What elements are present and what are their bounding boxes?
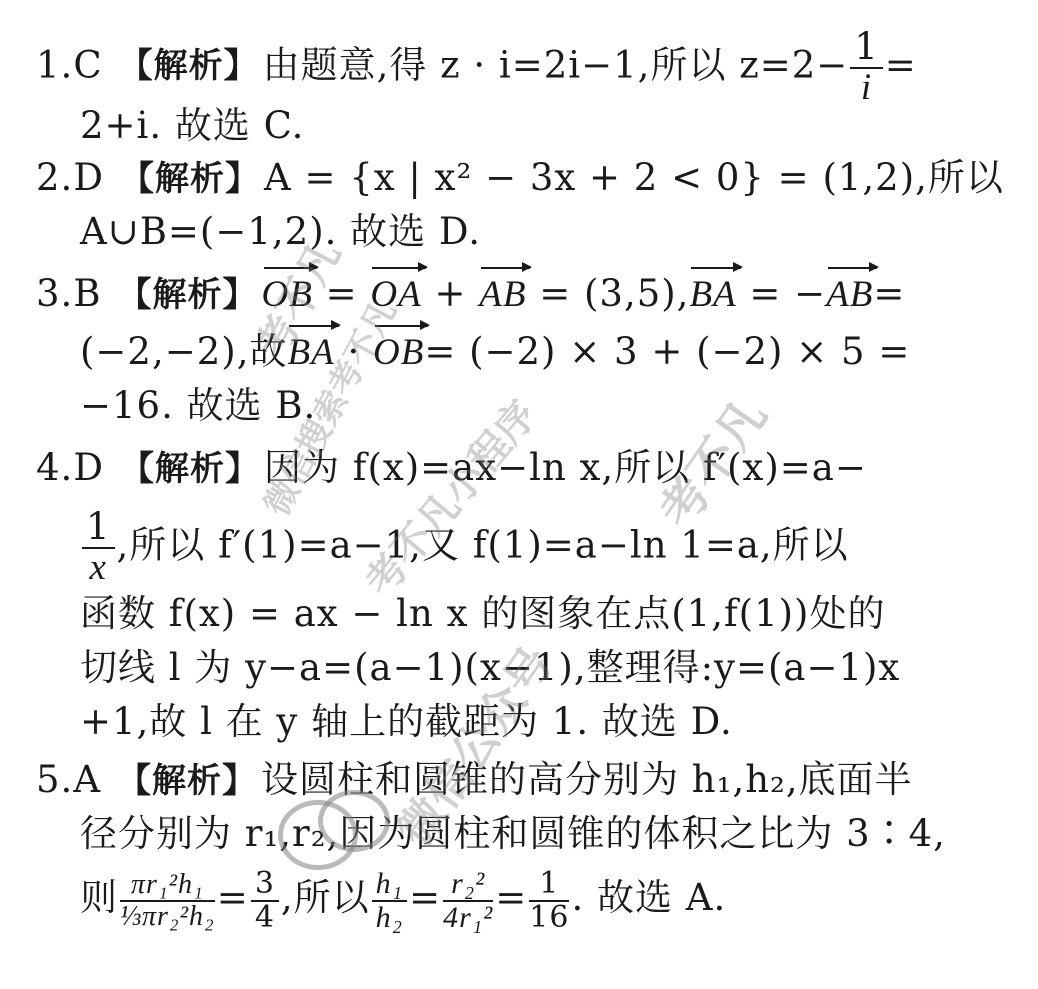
fraction: 34 <box>251 868 279 933</box>
item-answer: D <box>73 156 104 199</box>
analysis-tag: 【解析】 <box>120 449 260 489</box>
item-text: = <box>217 876 249 919</box>
item-number: 5. <box>36 758 73 801</box>
analysis-tag: 【解析】 <box>119 46 259 86</box>
item-text: = <box>495 876 527 919</box>
vector-ab: AB <box>826 273 873 317</box>
item-text: = (3,5), <box>539 272 689 315</box>
item-1-line-2: 2+i. 故选 C. <box>80 104 304 148</box>
vector-oa: OA <box>370 273 421 317</box>
item-2-line-1: 2.D【解析】A = {x | x² − 3x + 2 < 0} = (1,2)… <box>36 156 1004 201</box>
item-answer: C <box>73 43 102 86</box>
item-text: · <box>347 330 360 373</box>
vector-ba: BA <box>689 273 736 317</box>
item-4-line-4: 切线 l 为 y−a=(a−1)(x−1),整理得:y=(a−1)x <box>80 646 900 690</box>
item-number: 2. <box>36 156 73 199</box>
analysis-tag: 【解析】 <box>118 275 258 315</box>
vector-ab: AB <box>479 273 526 317</box>
fraction: πr₁²h₁⅓πr₂²h₂ <box>120 870 215 931</box>
item-text: = <box>873 272 905 315</box>
item-3-line-1: 3.B【解析】OB = OA + AB = (3,5),BA = −AB= <box>36 272 905 317</box>
item-5-line-2: 径分别为 r₁,r₂,因为圆柱和圆锥的体积之比为 3∶4, <box>80 812 946 856</box>
item-text: . 故选 A. <box>571 876 726 919</box>
item-2-line-2: A∪B=(−1,2). 故选 D. <box>80 210 481 254</box>
wechat-logo-icon <box>318 790 390 852</box>
item-1-line-1: 1.C【解析】由题意,得 z · i=2i−1,所以 z=2−1i= <box>36 28 917 108</box>
fraction: 1i <box>850 28 883 108</box>
analysis-tag: 【解析】 <box>117 761 257 801</box>
item-5-line-1: 5.A【解析】设圆柱和圆锥的高分别为 h₁,h₂,底面半 <box>36 758 913 803</box>
item-answer: A <box>73 758 101 801</box>
item-number: 1. <box>36 43 73 86</box>
item-text: = (−2) × 3 + (−2) × 5 = <box>424 330 910 373</box>
vector-ob: OB <box>373 331 424 375</box>
item-text: = <box>885 43 917 86</box>
item-answer: B <box>73 272 101 315</box>
item-text: = − <box>749 272 826 315</box>
item-4-line-2: 1x,所以 f′(1)=a−1,又 f(1)=a−ln 1=a,所以 <box>80 508 849 588</box>
vector-ba: BA <box>287 331 334 375</box>
item-text: ,所以 <box>281 876 370 919</box>
fraction: r₂²4r₁² <box>443 868 493 933</box>
item-text: ,所以 f′(1)=a−1,又 f(1)=a−ln 1=a,所以 <box>117 523 849 566</box>
fraction: h₁h₂ <box>372 868 407 933</box>
item-text: 由题意,得 z · i=2i−1,所以 z=2− <box>263 43 849 86</box>
item-text: 因为 f(x)=ax−ln x,所以 f′(x)=a− <box>264 446 867 489</box>
item-text: 则 <box>80 876 118 919</box>
item-4-line-5: +1,故 l 在 y 轴上的截距为 1. 故选 D. <box>80 700 733 744</box>
item-3-line-2: (−2,−2),故BA · OB= (−2) × 3 + (−2) × 5 = <box>80 330 910 375</box>
item-4-line-1: 4.D【解析】因为 f(x)=ax−ln x,所以 f′(x)=a− <box>36 446 867 491</box>
item-number: 3. <box>36 272 73 315</box>
analysis-tag: 【解析】 <box>120 159 260 199</box>
item-5-line-3: 则πr₁²h₁⅓πr₂²h₂=34,所以h₁h₂=r₂²4r₁²=116. 故选… <box>80 868 726 933</box>
item-answer: D <box>73 446 104 489</box>
item-3-line-3: −16. 故选 B. <box>80 384 316 428</box>
item-number: 4. <box>36 446 73 489</box>
fraction: 116 <box>529 868 569 933</box>
vector-ob: OB <box>262 273 313 317</box>
item-4-line-3: 函数 f(x) = ax − ln x 的图象在点(1,f(1))处的 <box>80 592 886 636</box>
answer-explanations-page: 1.C【解析】由题意,得 z · i=2i−1,所以 z=2−1i= 2+i. … <box>0 0 1038 989</box>
item-text: (−2,−2),故 <box>80 330 287 373</box>
item-text: = <box>409 876 441 919</box>
fraction: 1x <box>82 508 115 588</box>
item-text: A = {x | x² − 3x + 2 < 0} = (1,2),所以 <box>264 156 1004 199</box>
